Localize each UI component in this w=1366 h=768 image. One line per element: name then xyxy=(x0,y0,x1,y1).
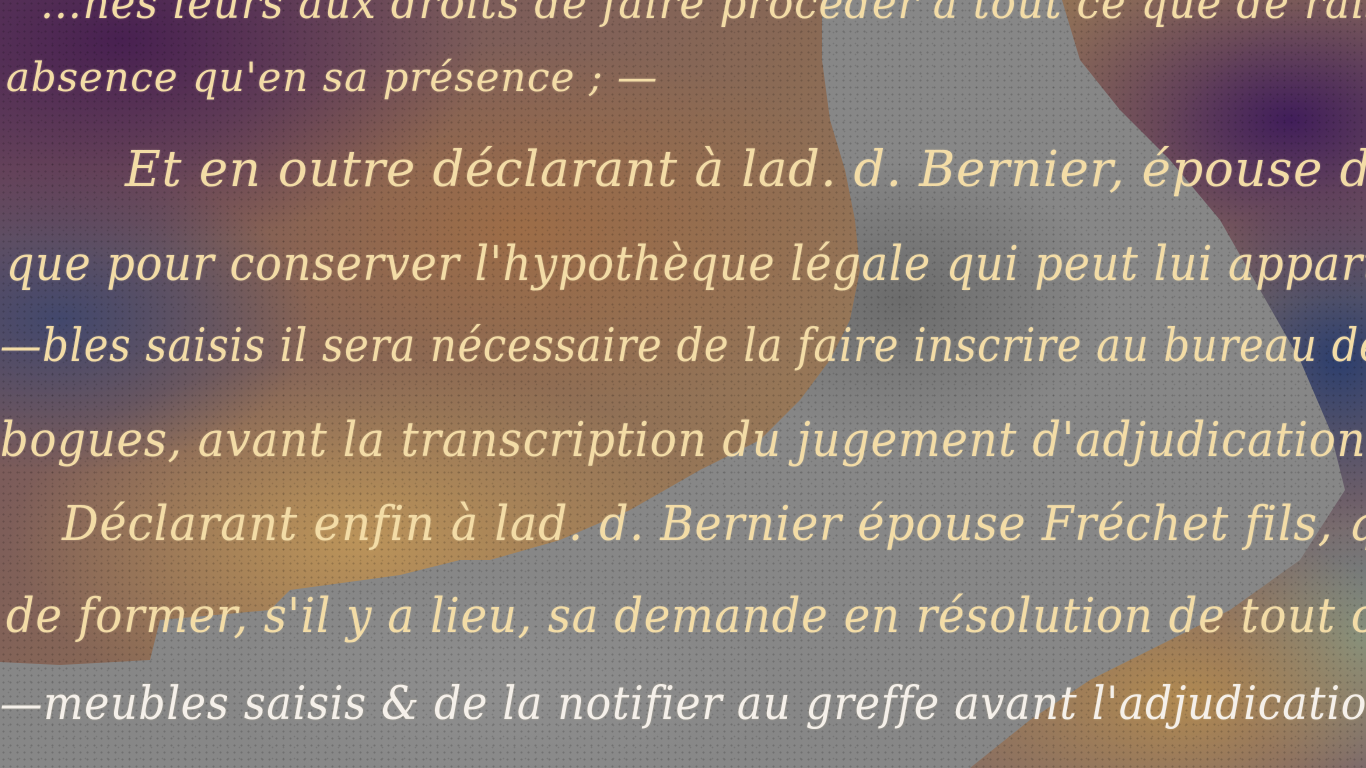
handwritten-line-4: que pour conserver l'hypothèque légale q… xyxy=(6,236,1366,292)
handwritten-line-3: Et en outre déclarant à lad. d. Bernier,… xyxy=(125,140,1366,198)
handwritten-line-2: absence qu'en sa présence ; — xyxy=(6,55,658,101)
handwritten-line-7: Déclarant enfin à lad. d. Bernier épouse… xyxy=(62,496,1366,552)
handwritten-line-5: —bles saisis il sera nécessaire de la fa… xyxy=(0,318,1366,372)
handwritten-line-6: bogues, avant la transcription du jugeme… xyxy=(0,412,1366,468)
handwritten-line-1: …nes leurs aux droits de faire procéder … xyxy=(40,0,1366,29)
manuscript-image: …nes leurs aux droits de faire procéder … xyxy=(0,0,1366,768)
handwritten-line-9: —meubles saisis & de la notifier au gref… xyxy=(0,676,1366,730)
handwritten-line-8: de former, s'il y a lieu, sa demande en … xyxy=(6,588,1366,644)
